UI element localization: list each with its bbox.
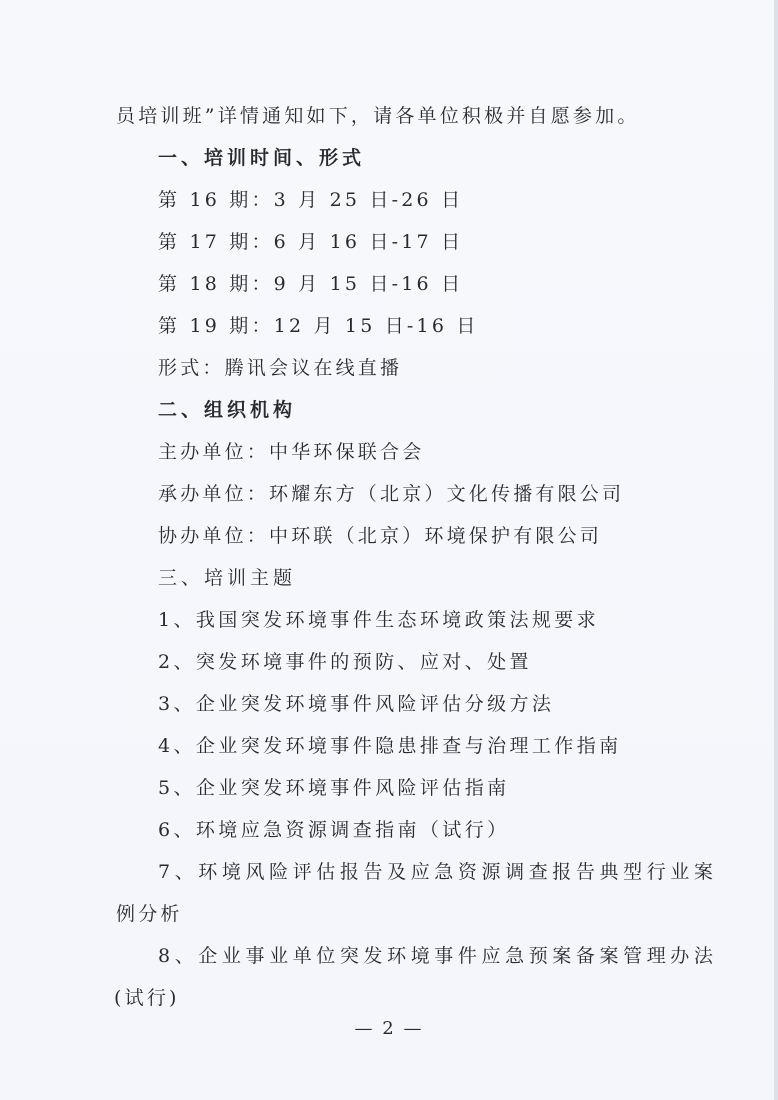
section-heading-time-format: 一、培训时间、形式 xyxy=(158,146,365,170)
section-heading-organization: 二、组织机构 xyxy=(158,398,296,422)
topic-item-continuation: (试行) xyxy=(114,986,180,1010)
session-16: 第 16 期：3 月 25 日-26 日 xyxy=(158,188,463,212)
co-organizer-unit: 协办单位：中环联（北京）环境保护有限公司 xyxy=(158,524,602,548)
topic-item: 1、我国突发环境事件生态环境政策法规要求 xyxy=(158,608,599,632)
section-heading-topics: 三、培训主题 xyxy=(158,566,296,590)
host-unit: 主办单位：中华环保联合会 xyxy=(158,440,424,464)
topic-item-continuation: 例分析 xyxy=(116,902,183,926)
topic-item: 8、企业事业单位突发环境事件应急预案备案管理办法 xyxy=(158,944,718,968)
session-18: 第 18 期：9 月 15 日-16 日 xyxy=(158,272,463,296)
organizer-unit: 承办单位：环耀东方（北京）文化传播有限公司 xyxy=(158,482,624,506)
format-line: 形式：腾讯会议在线直播 xyxy=(158,356,402,380)
session-19: 第 19 期：12 月 15 日-16 日 xyxy=(158,314,479,338)
document-page: 员培训班”详情通知如下，请各单位积极并自愿参加。 一、培训时间、形式 第 16 … xyxy=(0,0,778,1100)
topic-item: 2、突发环境事件的预防、应对、处置 xyxy=(158,650,532,674)
page-edge xyxy=(774,0,778,1100)
topic-item: 6、环境应急资源调查指南（试行） xyxy=(158,818,510,842)
page-number: — 2 — xyxy=(0,1018,778,1039)
topic-item: 5、企业突发环境事件风险评估指南 xyxy=(158,776,510,800)
topic-item: 7、环境风险评估报告及应急资源调查报告典型行业案 xyxy=(158,860,718,884)
session-17: 第 17 期：6 月 16 日-17 日 xyxy=(158,230,463,254)
topic-item: 3、企业突发环境事件风险评估分级方法 xyxy=(158,692,554,716)
intro-line: 员培训班”详情通知如下，请各单位积极并自愿参加。 xyxy=(116,104,640,128)
topic-item: 4、企业突发环境事件隐患排查与治理工作指南 xyxy=(158,734,622,758)
